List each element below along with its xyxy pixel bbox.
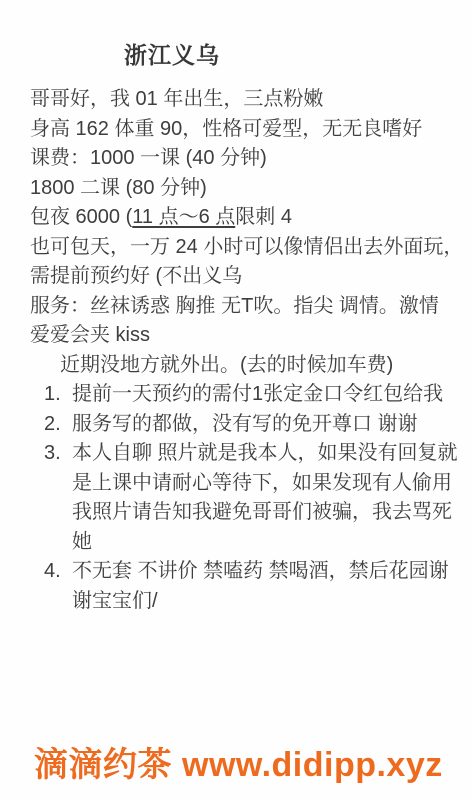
footer-banner[interactable]: 滴滴约茶www.didipp.xyz (34, 742, 443, 788)
rule-text-line: 不无套 不讲价 禁嗑药 禁喝酒，禁后花园谢 (72, 557, 452, 587)
price-line-1: 课费：1000 一课 (40 分钟) (30, 144, 452, 174)
rule-number: 4. (44, 557, 72, 587)
rule-number: 3. (44, 439, 72, 469)
outcall-note-line: 近期没地方就外出。(去的时候加车费) (30, 351, 452, 381)
rule-item-1: 1. 提前一天预约的需付1张定金口令红包给我 (44, 380, 452, 410)
rule-text-line: 是上课中请耐心等待下，如果发现有人偷用 (72, 469, 458, 499)
page: 浙江义乌 哥哥好，我 01 年出生，三点粉嫩 身高 162 体重 90，性格可爱… (0, 0, 472, 800)
rule-item-3: 3. 本人自聊 照片就是我本人，如果没有回复就 是上课中请耐心等待下，如果发现有… (44, 439, 452, 557)
rule-text: 本人自聊 照片就是我本人，如果没有回复就 是上课中请耐心等待下，如果发现有人偷用… (72, 439, 458, 557)
reservation-line: 需提前预约好 (不出义乌 (30, 262, 452, 292)
rule-text-line: 服务写的都做，没有写的免开尊口 谢谢 (72, 410, 452, 440)
stats-line: 身高 162 体重 90，性格可爱型，无无良嗜好 (30, 115, 452, 145)
page-title: 浙江义乌 (124, 40, 472, 70)
overnight-line: 包夜 6000 (11 点～6 点限刺 4 (30, 203, 452, 233)
services-line: 服务：丝袜诱惑 胸推 无T吹。指尖 调情。激情 (30, 292, 452, 322)
rule-text-line: 本人自聊 照片就是我本人，如果没有回复就 (72, 439, 458, 469)
price-line-2: 1800 二课 (80 分钟) (30, 174, 452, 204)
rule-text-line: 她 (72, 528, 458, 558)
overnight-pre-text: 包夜 6000 ( (30, 206, 132, 228)
post-body: 哥哥好，我 01 年出生，三点粉嫩 身高 162 体重 90，性格可爱型，无无良… (0, 85, 472, 616)
rule-text-line: 我照片请告知我避免哥哥们被骗，我去骂死 (72, 498, 458, 528)
rule-item-4: 4. 不无套 不讲价 禁嗑药 禁喝酒，禁后花园谢 谢宝宝们/ (44, 557, 452, 616)
rule-number: 1. (44, 380, 72, 410)
site-url[interactable]: www.didipp.xyz (182, 746, 443, 784)
rule-text: 不无套 不讲价 禁嗑药 禁喝酒，禁后花园谢 谢宝宝们/ (72, 557, 452, 616)
services-line-wrap: 爱爱会夹 kiss (30, 321, 452, 351)
rule-item-2: 2. 服务写的都做，没有写的免开尊口 谢谢 (44, 410, 452, 440)
fullday-line: 也可包天，一万 24 小时可以像情侣出去外面玩， (30, 233, 452, 263)
overnight-post-text: 限刺 4 (235, 206, 292, 228)
time-range-link[interactable]: 11 点～6 点 (132, 206, 235, 228)
brand-name: 滴滴约茶 (34, 746, 172, 784)
rule-text: 服务写的都做，没有写的免开尊口 谢谢 (72, 410, 452, 440)
rule-text-line: 提前一天预约的需付1张定金口令红包给我 (72, 380, 452, 410)
intro-line: 哥哥好，我 01 年出生，三点粉嫩 (30, 85, 452, 115)
rule-number: 2. (44, 410, 72, 440)
rule-text-line: 谢宝宝们/ (72, 587, 452, 617)
rule-text: 提前一天预约的需付1张定金口令红包给我 (72, 380, 452, 410)
